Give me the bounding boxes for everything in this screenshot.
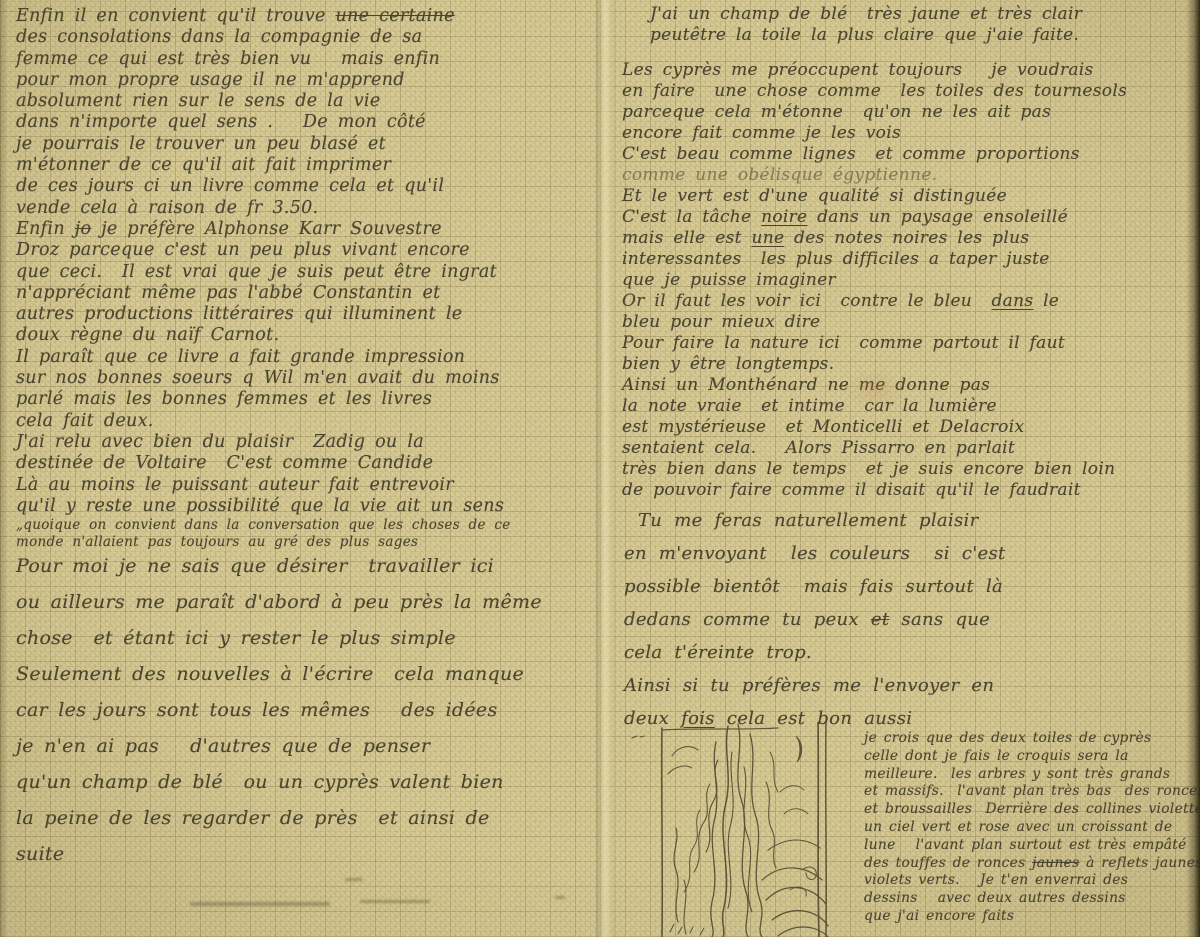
text-segment: Il paraît que ce livre a fait grande imp…	[16, 347, 465, 367]
handwriting-line: cela t'éreinte trop.	[624, 636, 1006, 669]
text-segment: absolument rien sur le sens de la vie	[16, 91, 381, 111]
handwriting-line: sur nos bonnes soeurs q Wil m'en avait d…	[16, 368, 511, 389]
handwriting-line: J'ai un champ de blé très jaune et très …	[622, 4, 1127, 25]
text-segment: des notes noires les plus	[784, 228, 1029, 248]
handwriting-line: violets verts. Je t'en enverrai des	[864, 872, 1200, 890]
text-segment: je crois que des deux toiles de cyprès	[864, 730, 1151, 746]
text-segment: dessins avec deux autres dessins	[864, 890, 1126, 906]
text-segment: sans que	[889, 609, 990, 630]
text-segment: cela fait deux.	[16, 411, 154, 431]
text-segment: Là au moins le puissant auteur fait entr…	[16, 475, 454, 495]
handwriting-line: chose et étant ici y rester le plus simp…	[16, 620, 542, 656]
handwriting-line: qu'un champ de blé ou un cyprès valent b…	[16, 764, 542, 800]
sketch-caption-text: je crois que des deux toiles de cyprèsce…	[864, 722, 1200, 926]
text-segment: que je puisse imaginer	[622, 270, 836, 290]
handwriting-line: comme une obélisque égyptienne.	[622, 165, 1127, 186]
handwriting-line: cela fait deux.	[16, 411, 511, 432]
handwriting-line: la peine de les regarder de près et ains…	[16, 800, 542, 836]
handwriting-line: C'est beau comme lignes et comme proport…	[622, 144, 1127, 165]
handwriting-line: „quoique on convient dans la conversatio…	[16, 517, 511, 534]
text-segment: n'appréciant même pas l'abbé Constantin …	[16, 283, 441, 303]
text-segment: Ainsi un Monthénard ne me donne pas	[622, 375, 990, 395]
text-segment: sentaient cela. Alors Pissarro en parlai…	[622, 438, 1015, 458]
handwriting-line: Seulement des nouvelles à l'écrire cela …	[16, 656, 542, 692]
handwriting-line: Or il faut les voir ici contre le bleu d…	[622, 291, 1127, 312]
handwriting-line: sentaient cela. Alors Pissarro en parlai…	[622, 438, 1127, 459]
handwriting-line: en faire une chose comme les toiles des …	[622, 81, 1127, 102]
handwriting-line: de ces jours ci un livre comme cela et q…	[16, 176, 511, 197]
handwriting-line: interessantes les plus difficiles a tape…	[622, 249, 1127, 270]
text-segment: et broussailles Derrière des collines vi…	[864, 801, 1200, 817]
left-page: Enfin il en convient qu'il trouve une ce…	[0, 0, 600, 937]
handwriting-line: Enfin il en convient qu'il trouve une ce…	[16, 6, 511, 27]
handwriting-line: que je puisse imaginer	[622, 270, 1127, 291]
handwriting-line: mais elle est une des notes noires les p…	[622, 228, 1127, 249]
text-segment: Or il faut les voir ici contre le bleu	[622, 291, 991, 311]
text-segment: doux règne du naïf Carnot.	[16, 325, 279, 345]
handwriting-line: des consolations dans la compagnie de sa	[16, 27, 511, 48]
text-segment: peutêtre la toile la plus claire que j'a…	[650, 25, 1079, 45]
handwriting-line: qu'il y reste une possibilité que la vie…	[16, 496, 511, 517]
text-segment: possible bientôt mais fais surtout là	[624, 576, 1003, 597]
handwriting-line: Les cyprès me préoccupent toujours je vo…	[622, 60, 1127, 81]
text-segment: parlé mais les bonnes femmes et les livr…	[16, 389, 432, 409]
text-segment: mais elle est	[622, 228, 751, 248]
handwriting-line: destinée de Voltaire C'est comme Candide	[16, 453, 511, 474]
underlined-text: une	[751, 228, 784, 248]
ink-smudge	[555, 896, 565, 899]
handwriting-line: Pour moi je ne sais que désirer travaill…	[16, 548, 542, 584]
handwriting-line: Ainsi si tu préfères me l'envoyer en	[624, 669, 1006, 702]
text-segment: très bien dans le temps et je suis encor…	[622, 459, 1115, 479]
sketch-and-caption: je crois que des deux toiles de cyprèsce…	[620, 722, 1200, 937]
handwriting-line: peutêtre la toile la plus claire que j'a…	[622, 25, 1127, 46]
text-segment: dans un paysage ensoleillé	[807, 207, 1068, 227]
text-segment: le	[1033, 291, 1059, 311]
handwriting-line: lune l'avant plan surtout est très empât…	[864, 837, 1200, 855]
text-segment: encore fait comme je les vois	[622, 123, 901, 143]
ink-smudge	[190, 902, 330, 906]
handwriting-line: pour mon propre usage il ne m'apprend	[16, 70, 511, 91]
handwriting-line: Il paraît que ce livre a fait grande imp…	[16, 347, 511, 368]
handwriting-line: femme ce qui est très bien vu mais enfin	[16, 49, 511, 70]
text-segment: de ces jours ci un livre comme cela et q…	[16, 176, 444, 196]
text-segment: je n'en ai pas d'autres que de penser	[16, 735, 430, 757]
right-page-upper-text: J'ai un champ de blé très jaune et très …	[622, 4, 1127, 501]
handwriting-line: possible bientôt mais fais surtout là	[624, 570, 1006, 603]
handwriting-line: je crois que des deux toiles de cyprès	[864, 730, 1200, 748]
text-segment: sur nos bonnes soeurs q Wil m'en avait d…	[16, 368, 500, 388]
text-segment: vende cela à raison de fr 3.50.	[16, 198, 318, 218]
text-segment: je pourrais le trouver un peu blasé et	[16, 134, 386, 154]
handwriting-line: dans n'importe quel sens . De mon côté	[16, 112, 511, 133]
ink-smudge	[360, 900, 430, 903]
left-page-lower-text: Pour moi je ne sais que désirer travaill…	[16, 548, 542, 872]
right-page-middle-text: Tu me feras naturellement plaisiren m'en…	[624, 504, 1006, 735]
text-segment: lune l'avant plan surtout est très empât…	[864, 837, 1187, 853]
text-segment: interessantes les plus difficiles a tape…	[622, 249, 1050, 269]
text-segment: pour mon propre usage il ne m'apprend	[16, 70, 405, 90]
text-segment: bien y être longtemps.	[622, 354, 834, 374]
handwriting-line: en m'envoyant les couleurs si c'est	[624, 537, 1006, 570]
text-segment: en faire une chose comme les toiles des …	[622, 81, 1127, 101]
handwriting-line: je n'en ai pas d'autres que de penser	[16, 728, 542, 764]
cypress-sketch-icon	[620, 722, 852, 937]
text-segment: qu'un champ de blé ou un cyprès valent b…	[16, 771, 504, 793]
text-segment: en m'envoyant les couleurs si c'est	[624, 543, 1006, 564]
text-segment: meilleure. les arbres y sont très grands	[864, 766, 1170, 782]
text-segment: Seulement des nouvelles à l'écrire cela …	[16, 663, 524, 685]
handwriting-line: Enfin jo je préfère Alphonse Karr Souves…	[16, 219, 511, 240]
handwriting-line: je pourrais le trouver un peu blasé et	[16, 134, 511, 155]
text-segment: la peine de les regarder de près et ains…	[16, 807, 490, 829]
text-segment: m'étonner de ce qu'il ait fait imprimer	[16, 155, 391, 175]
text-segment: des consolations dans la compagnie de sa	[16, 27, 422, 47]
struck-text: jo	[75, 219, 92, 239]
handwriting-line: Et le vert est d'une qualité si distingu…	[622, 186, 1127, 207]
handwriting-line: très bien dans le temps et je suis encor…	[622, 459, 1127, 480]
text-segment: Enfin il en convient qu'il trouve	[16, 6, 335, 26]
text-segment: bleu pour mieux dire	[622, 312, 820, 332]
handwriting-line: J'ai relu avec bien du plaisir Zadig ou …	[16, 432, 511, 453]
text-segment: femme ce qui est très bien vu mais enfin	[16, 49, 440, 69]
text-segment: que j'ai encore faits	[864, 908, 1014, 924]
handwriting-line: n'appréciant même pas l'abbé Constantin …	[16, 283, 511, 304]
text-segment: Les cyprès me préoccupent toujours je vo…	[622, 60, 1094, 80]
text-segment: C'est la tâche	[622, 207, 761, 227]
handwriting-line: C'est la tâche noire dans un paysage ens…	[622, 207, 1127, 228]
handwriting-line: car les jours sont tous les mêmes des id…	[16, 692, 542, 728]
text-segment: violets verts. Je t'en enverrai des	[864, 872, 1128, 888]
text-segment: car les jours sont tous les mêmes des id…	[16, 699, 498, 721]
handwriting-line: autres productions littéraires qui illum…	[16, 304, 511, 325]
text-segment: Pour faire la nature ici comme partout i…	[622, 333, 1065, 353]
text-segment: comme une obélisque égyptienne.	[622, 165, 937, 185]
underlined-text: noire	[761, 207, 807, 227]
text-segment: celle dont je fais le croquis sera la	[864, 748, 1129, 764]
text-segment: J'ai un champ de blé très jaune et très …	[650, 4, 1082, 24]
text-segment: dans n'importe quel sens . De mon côté	[16, 112, 426, 132]
text-segment: Droz parceque c'est un peu plus vivant e…	[16, 240, 470, 260]
handwriting-line: celle dont je fais le croquis sera la	[864, 748, 1200, 766]
text-segment: de pouvoir faire comme il disait qu'il l…	[622, 480, 1081, 500]
handwriting-line: et broussailles Derrière des collines vi…	[864, 801, 1200, 819]
text-segment: J'ai relu avec bien du plaisir Zadig ou …	[16, 432, 424, 452]
handwriting-line: et massifs. l'avant plan très bas des ro…	[864, 783, 1200, 801]
text-segment: et massifs. l'avant plan très bas des ro…	[864, 783, 1200, 799]
page-gutter	[596, 0, 616, 937]
handwriting-line: est mystérieuse et Monticelli et Delacro…	[622, 417, 1127, 438]
struck-text: une certaine	[335, 6, 454, 26]
right-edge-shadow	[1186, 0, 1200, 937]
left-edge-shadow	[0, 0, 8, 937]
text-segment: parceque cela m'étonne qu'on ne les ait …	[622, 102, 1051, 122]
handwriting-line: m'étonner de ce qu'il ait fait imprimer	[16, 155, 511, 176]
text-segment: autres productions littéraires qui illum…	[16, 304, 462, 324]
text-segment: dedans comme tu peux	[624, 609, 871, 630]
text-segment: Et le vert est d'une qualité si distingu…	[622, 186, 1007, 206]
text-segment: un ciel vert et rose avec un croissant d…	[864, 819, 1172, 835]
struck-text: et	[871, 609, 890, 630]
handwriting-line: doux règne du naïf Carnot.	[16, 325, 511, 346]
text-segment: je préfère Alphonse Karr Souvestre	[91, 219, 441, 239]
text-segment: la note vraie et intime car la lumière	[622, 396, 997, 416]
text-segment: à reflets jaunes	[1080, 855, 1200, 871]
text-segment: est mystérieuse et Monticelli et Delacro…	[622, 417, 1024, 437]
text-segment: C'est beau comme lignes et comme proport…	[622, 144, 1080, 164]
paper-stain	[845, 370, 905, 410]
text-segment: ou ailleurs me paraît d'abord à peu près…	[16, 591, 542, 613]
handwriting-line: des touffes de ronces jaunes à reflets j…	[864, 855, 1200, 873]
handwriting-line: parceque cela m'étonne qu'on ne les ait …	[622, 102, 1127, 123]
handwriting-line: dessins avec deux autres dessins	[864, 890, 1200, 908]
letter-spread: Enfin il en convient qu'il trouve une ce…	[0, 0, 1200, 937]
right-page: J'ai un champ de blé très jaune et très …	[612, 0, 1200, 937]
text-segment: chose et étant ici y rester le plus simp…	[16, 627, 456, 649]
struck-text: jaunes	[1032, 855, 1079, 871]
handwriting-line: dedans comme tu peux et sans que	[624, 603, 1006, 636]
handwriting-line: absolument rien sur le sens de la vie	[16, 91, 511, 112]
left-page-upper-text: Enfin il en convient qu'il trouve une ce…	[16, 6, 511, 551]
text-segment: Enfin	[16, 219, 75, 239]
text-segment: Ainsi si tu préfères me l'envoyer en	[624, 675, 994, 696]
handwriting-line: encore fait comme je les vois	[622, 123, 1127, 144]
text-segment: „quoique on convient dans la conversatio…	[16, 517, 511, 533]
text-segment: destinée de Voltaire C'est comme Candide	[16, 453, 433, 473]
handwriting-line: Là au moins le puissant auteur fait entr…	[16, 475, 511, 496]
text-segment: suite	[16, 843, 64, 865]
handwriting-line: Pour faire la nature ici comme partout i…	[622, 333, 1127, 354]
handwriting-line: que j'ai encore faits	[864, 908, 1200, 926]
handwriting-line: un ciel vert et rose avec un croissant d…	[864, 819, 1200, 837]
handwriting-line: suite	[16, 836, 542, 872]
handwriting-line: Droz parceque c'est un peu plus vivant e…	[16, 240, 511, 261]
text-segment: que ceci. Il est vrai que je suis peut ê…	[16, 262, 497, 282]
text-segment: Pour moi je ne sais que désirer travaill…	[16, 555, 494, 577]
text-segment: cela t'éreinte trop.	[624, 642, 812, 663]
handwriting-line: parlé mais les bonnes femmes et les livr…	[16, 389, 511, 410]
handwriting-line: vende cela à raison de fr 3.50.	[16, 198, 511, 219]
handwriting-line: de pouvoir faire comme il disait qu'il l…	[622, 480, 1127, 501]
text-segment: des touffes de ronces	[864, 855, 1032, 871]
underlined-text: dans	[991, 291, 1033, 311]
handwriting-line: ou ailleurs me paraît d'abord à peu près…	[16, 584, 542, 620]
handwriting-line: meilleure. les arbres y sont très grands	[864, 766, 1200, 784]
text-segment: Tu me feras naturellement plaisir	[638, 510, 978, 531]
text-segment: qu'il y reste une possibilité que la vie…	[16, 496, 504, 516]
handwriting-line: que ceci. Il est vrai que je suis peut ê…	[16, 262, 511, 283]
ink-smudge	[345, 878, 363, 881]
handwriting-line: bleu pour mieux dire	[622, 312, 1127, 333]
handwriting-line: Tu me feras naturellement plaisir	[624, 504, 1006, 537]
